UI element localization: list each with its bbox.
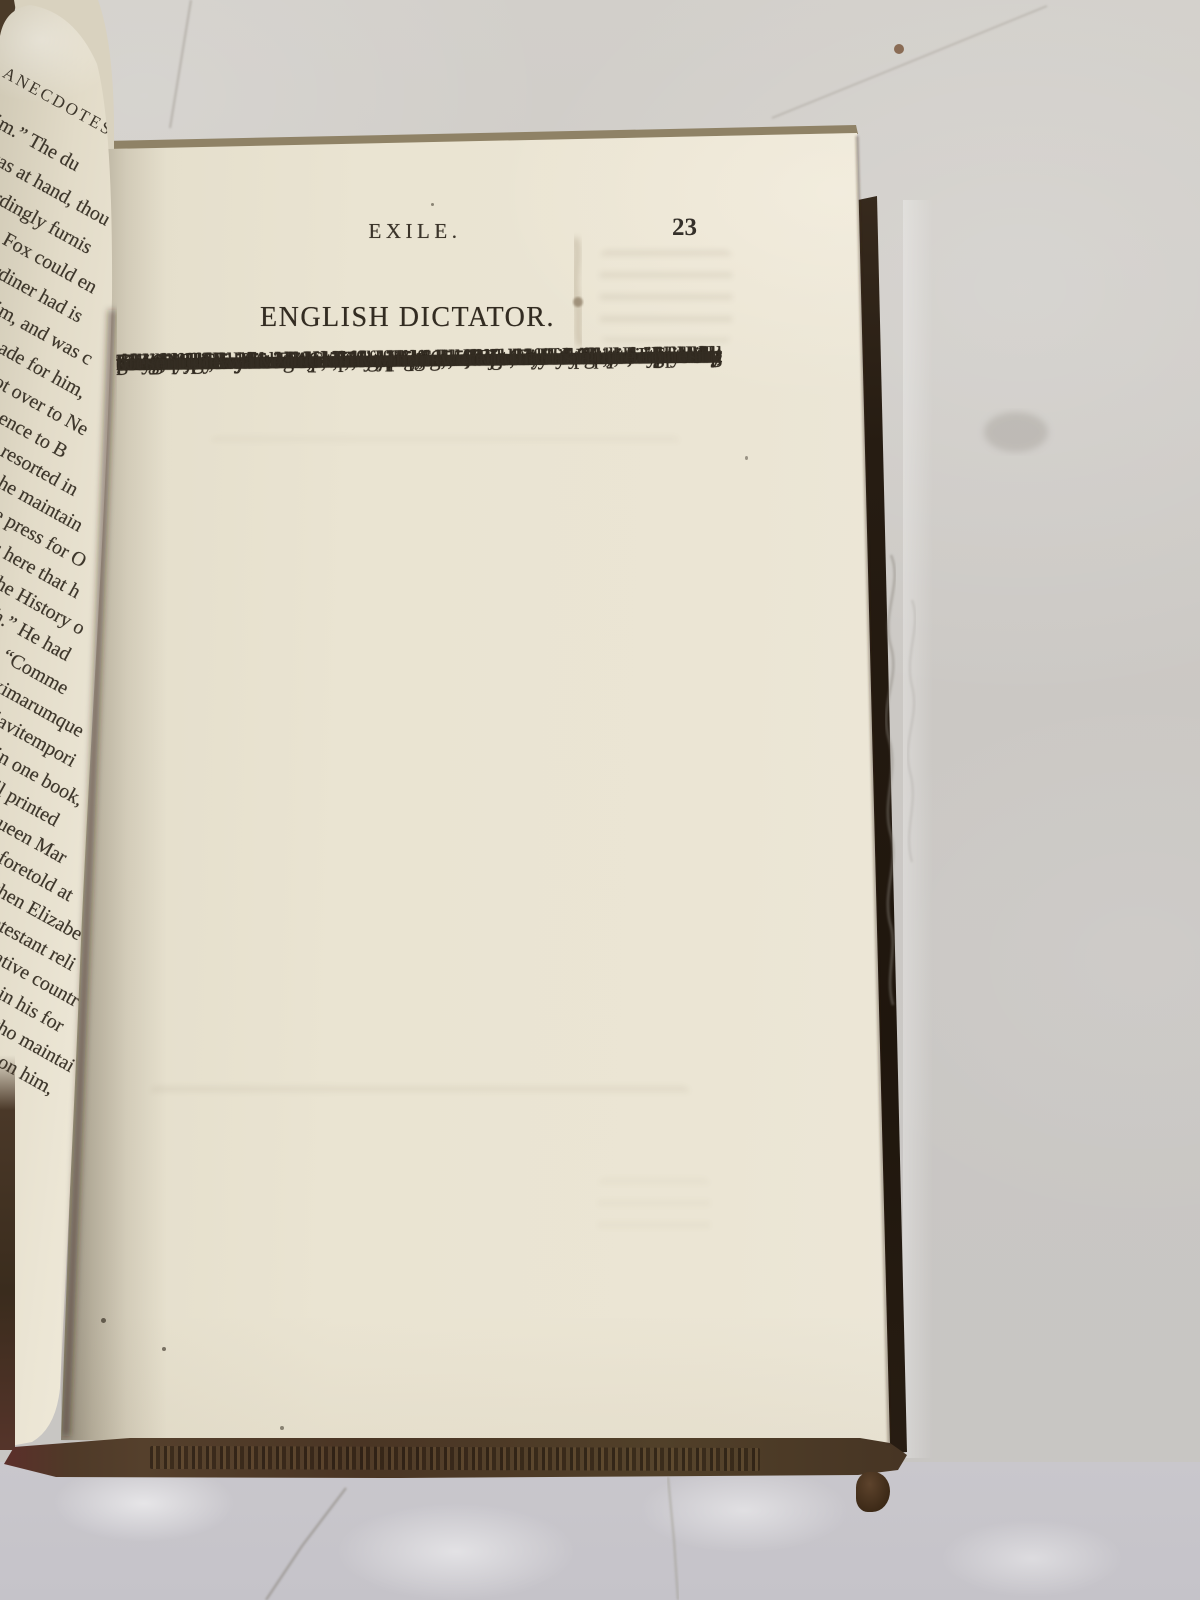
photo-of-open-book: EXILE. 23 ENGLISH DICTATOR. When the tre… [0, 0, 1200, 1600]
section-title: ENGLISH DICTATOR. [235, 302, 580, 334]
tile-highlight-strip [903, 200, 933, 1458]
page-number: 23 [672, 214, 697, 242]
dust-speck [162, 1347, 166, 1351]
dust-speck [431, 203, 434, 206]
dust-speck [745, 456, 748, 460]
body-text: When the treaty of peace was concluded b… [116, 339, 734, 1282]
dust-speck [280, 1426, 284, 1430]
show-through-ghost [600, 250, 732, 342]
book-spine-left-edge [0, 1055, 15, 1450]
running-header: EXILE. [330, 219, 500, 244]
tile-bottom-surface [0, 1462, 1200, 1600]
cover-tooling-pattern [150, 1446, 760, 1471]
body-text-line: present, be waived. Cromwell answered, t… [116, 339, 722, 378]
dust-speck [101, 1318, 106, 1323]
